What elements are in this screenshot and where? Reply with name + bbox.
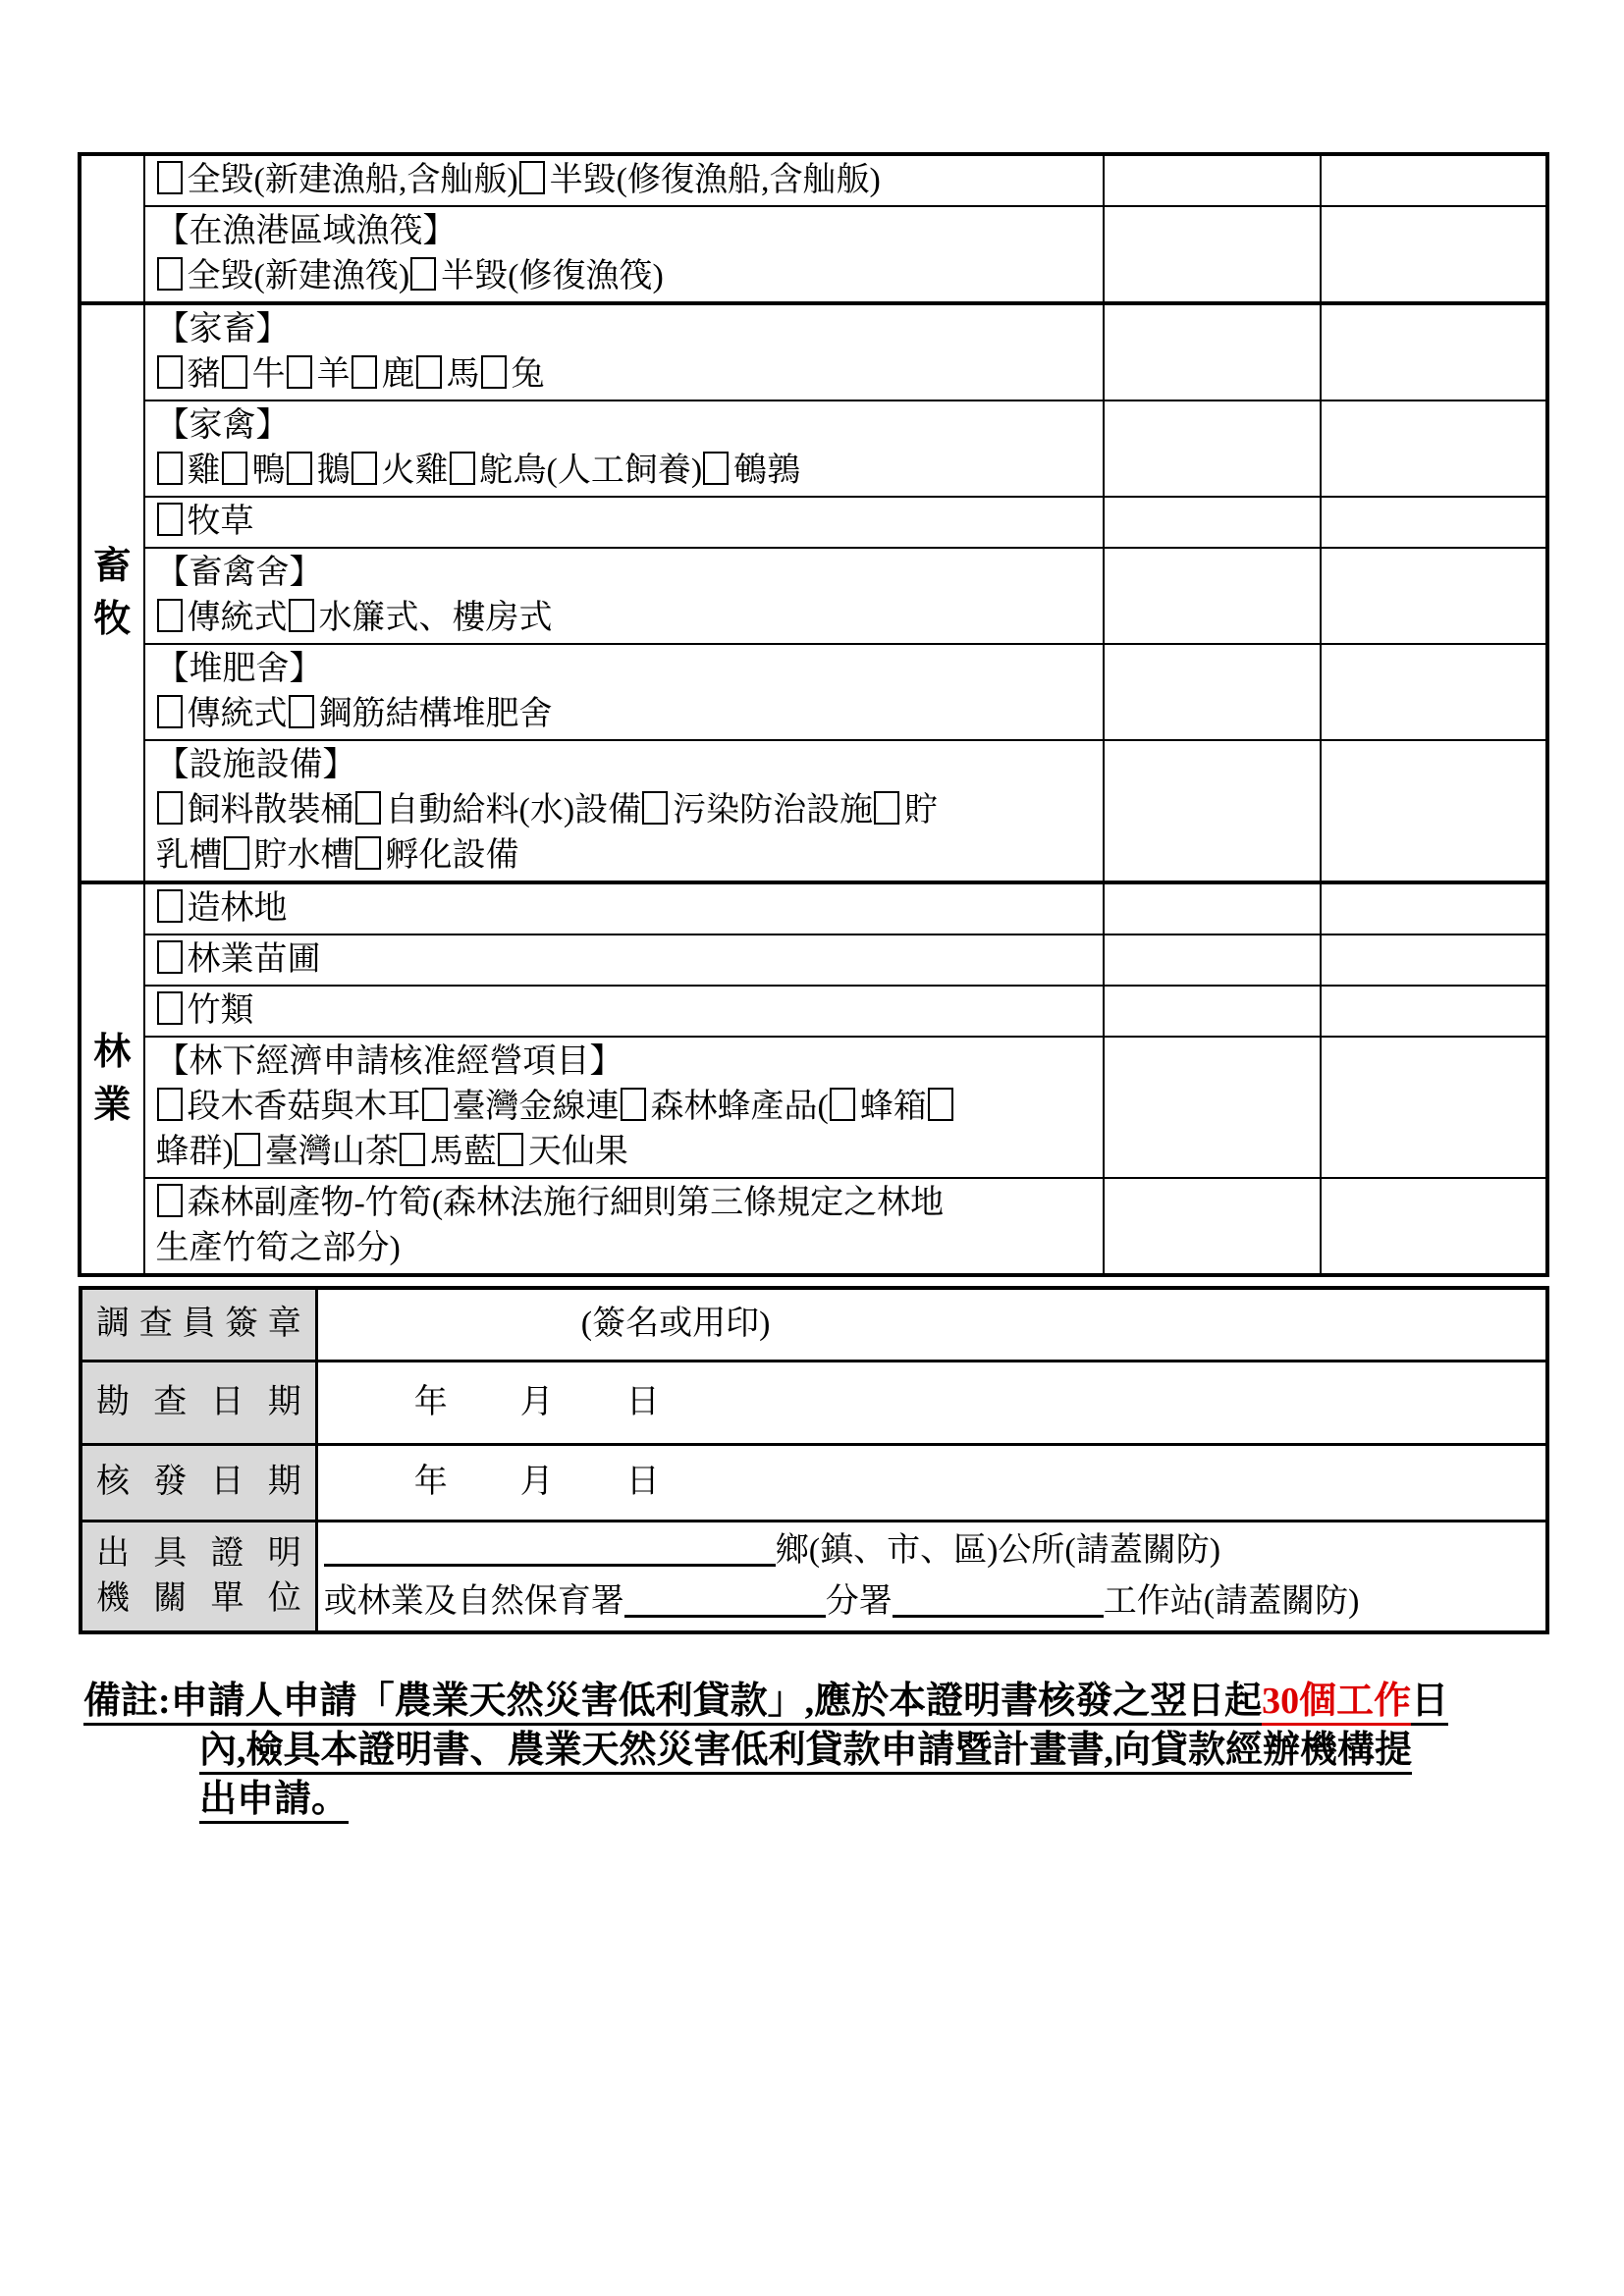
checkbox[interactable] bbox=[157, 695, 183, 728]
section-label-empty bbox=[80, 154, 144, 303]
checkbox[interactable] bbox=[157, 599, 183, 632]
damage-item-cell: 【家畜】豬牛羊鹿馬兔 bbox=[144, 303, 1105, 400]
damage-item-cell: 竹類 bbox=[144, 986, 1105, 1037]
checkbox[interactable] bbox=[422, 1088, 448, 1121]
certificate-summary-table: 調查員簽章 (簽名或用印) 勘查日期 年 月 日 核發日期 年 月 日 bbox=[79, 1286, 1549, 1634]
remark-cell[interactable] bbox=[1321, 644, 1547, 740]
remark-cell[interactable] bbox=[1321, 303, 1547, 400]
checkbox[interactable] bbox=[928, 1088, 953, 1121]
damage-item-cell: 【在漁港區域漁筏】全毀(新建漁筏)半毀(修復漁筏) bbox=[144, 206, 1105, 303]
table-row: 牧草 bbox=[80, 497, 1547, 548]
checkbox[interactable] bbox=[222, 452, 247, 485]
item-line: 傳統式水簾式、樓房式 bbox=[156, 596, 1093, 641]
table-row: 核發日期 年 月 日 bbox=[81, 1444, 1547, 1521]
table-row: 全毀(新建漁船,含舢舨)半毀(修復漁船,含舢舨) bbox=[80, 154, 1547, 206]
checkbox[interactable] bbox=[157, 1184, 183, 1217]
item-line: 造林地 bbox=[156, 886, 1093, 932]
surveyor-signature-label: 調查員簽章 bbox=[81, 1288, 316, 1361]
label-char: 具 bbox=[153, 1531, 187, 1576]
label-char: 勘 bbox=[96, 1380, 130, 1425]
label-char: 日 bbox=[211, 1460, 244, 1505]
table-row: 出具證明 機關單位 鄉(鎮、市、區)公所(請蓋關防) 或林業及自然保育署分署工作… bbox=[81, 1521, 1547, 1632]
note-text: 日 bbox=[1411, 1681, 1448, 1726]
label-char: 明 bbox=[268, 1531, 301, 1576]
checkbox[interactable] bbox=[157, 161, 183, 194]
quantity-cell[interactable] bbox=[1104, 497, 1321, 548]
item-line: 竹類 bbox=[156, 988, 1093, 1034]
item-line: 牧草 bbox=[156, 500, 1093, 545]
item-line: 雞鴨鵝火雞鴕鳥(人工飼養)鵪鶉 bbox=[156, 449, 1093, 494]
date-placeholder: 年 月 日 bbox=[324, 1377, 1540, 1428]
note-text: 出申請。 bbox=[199, 1779, 349, 1824]
table-row: 畜牧【家畜】豬牛羊鹿馬兔 bbox=[80, 303, 1547, 400]
checkbox[interactable] bbox=[355, 836, 381, 870]
remark-cell[interactable] bbox=[1321, 986, 1547, 1037]
checkbox[interactable] bbox=[874, 791, 899, 825]
issuing-agency-label: 出具證明 機關單位 bbox=[81, 1521, 316, 1632]
item-line: 【在漁港區域漁筏】 bbox=[156, 209, 1093, 254]
signature-hint: (簽名或用印) bbox=[324, 1299, 1540, 1350]
label-char: 查 bbox=[153, 1380, 187, 1425]
agency-line-forestry: 或林業及自然保育署分署工作站(請蓋關防) bbox=[324, 1576, 1540, 1628]
checkbox[interactable] bbox=[355, 791, 381, 825]
table-row: 【設施設備】飼料散裝桶自動給料(水)設備污染防治設施貯乳槽貯水槽孵化設備 bbox=[80, 740, 1547, 882]
note-line-1: 備註:申請人申請「農業天然災害低利貸款」,應於本證明書核發之翌日起30個工作日 bbox=[83, 1677, 1576, 1726]
label-char: 核 bbox=[96, 1460, 130, 1505]
checkbox[interactable] bbox=[222, 355, 247, 389]
item-line: 傳統式鋼筋結構堆肥舍 bbox=[156, 692, 1093, 737]
damage-item-cell: 牧草 bbox=[144, 497, 1105, 548]
checkbox[interactable] bbox=[642, 791, 668, 825]
surveyor-signature-cell[interactable]: (簽名或用印) bbox=[316, 1288, 1547, 1361]
item-line: 林業苗圃 bbox=[156, 937, 1093, 983]
remark-cell[interactable] bbox=[1321, 497, 1547, 548]
quantity-cell[interactable] bbox=[1104, 1178, 1321, 1275]
checkbox[interactable] bbox=[157, 940, 183, 974]
label-char: 章 bbox=[268, 1302, 301, 1347]
table-row: 【在漁港區域漁筏】全毀(新建漁筏)半毀(修復漁筏) bbox=[80, 206, 1547, 303]
checkbox[interactable] bbox=[289, 599, 314, 632]
quantity-cell[interactable] bbox=[1104, 154, 1321, 206]
checkbox[interactable] bbox=[287, 355, 312, 389]
table-row: 竹類 bbox=[80, 986, 1547, 1037]
damage-category-table-body: 全毀(新建漁船,含舢舨)半毀(修復漁船,含舢舨)【在漁港區域漁筏】全毀(新建漁筏… bbox=[80, 154, 1547, 1275]
checkbox[interactable] bbox=[157, 889, 183, 923]
label-char: 期 bbox=[268, 1460, 301, 1505]
checkbox[interactable] bbox=[621, 1088, 646, 1121]
item-line: 【設施設備】 bbox=[156, 743, 1093, 788]
label-char: 日 bbox=[211, 1380, 244, 1425]
item-line: 豬牛羊鹿馬兔 bbox=[156, 352, 1093, 398]
quantity-cell[interactable] bbox=[1104, 934, 1321, 986]
checkbox[interactable] bbox=[157, 257, 183, 291]
remark-cell[interactable] bbox=[1321, 740, 1547, 882]
note-deadline-highlight: 30個工作 bbox=[1262, 1681, 1411, 1726]
survey-date-label: 勘查日期 bbox=[81, 1361, 316, 1444]
damage-item-cell: 森林副產物-竹筍(森林法施行細則第三條規定之林地生產竹筍之部分) bbox=[144, 1178, 1105, 1275]
label-char: 證 bbox=[211, 1531, 244, 1576]
agency-line-township: 鄉(鎮、市、區)公所(請蓋關防) bbox=[324, 1525, 1540, 1576]
damage-item-cell: 全毀(新建漁船,含舢舨)半毀(修復漁船,含舢舨) bbox=[144, 154, 1105, 206]
issuing-agency-cell: 鄉(鎮、市、區)公所(請蓋關防) 或林業及自然保育署分署工作站(請蓋關防) bbox=[316, 1521, 1547, 1632]
table-row: 林業造林地 bbox=[80, 882, 1547, 934]
checkbox[interactable] bbox=[410, 257, 436, 291]
checkbox[interactable] bbox=[157, 355, 183, 389]
checkbox[interactable] bbox=[830, 1088, 855, 1121]
damage-item-cell: 【堆肥舍】傳統式鋼筋結構堆肥舍 bbox=[144, 644, 1105, 740]
remark-cell[interactable] bbox=[1321, 548, 1547, 644]
remark-cell[interactable] bbox=[1321, 882, 1547, 934]
item-line: 段木香菇與木耳臺灣金線連森林蜂產品(蜂箱 bbox=[156, 1085, 1093, 1130]
checkbox[interactable] bbox=[352, 355, 377, 389]
remark-cell[interactable] bbox=[1321, 154, 1547, 206]
quantity-cell[interactable] bbox=[1104, 882, 1321, 934]
label-char: 單 bbox=[211, 1576, 244, 1622]
checkbox[interactable] bbox=[157, 1088, 183, 1121]
section-label: 畜牧 bbox=[80, 303, 144, 882]
table-row: 【家禽】雞鴨鵝火雞鴕鳥(人工飼養)鵪鶉 bbox=[80, 400, 1547, 497]
label-char: 簽 bbox=[225, 1302, 258, 1347]
checkbox[interactable] bbox=[235, 1133, 260, 1166]
issue-date-label: 核發日期 bbox=[81, 1444, 316, 1521]
item-line: 生產竹筍之部分) bbox=[156, 1226, 1093, 1271]
table-row: 調查員簽章 (簽名或用印) bbox=[81, 1288, 1547, 1361]
table-row: 森林副產物-竹筍(森林法施行細則第三條規定之林地生產竹筍之部分) bbox=[80, 1178, 1547, 1275]
note-line-3: 出申請。 bbox=[83, 1775, 1576, 1824]
table-row: 【畜禽舍】傳統式水簾式、樓房式 bbox=[80, 548, 1547, 644]
checkbox[interactable] bbox=[400, 1133, 425, 1166]
table-row: 林業苗圃 bbox=[80, 934, 1547, 986]
damage-item-cell: 造林地 bbox=[144, 882, 1105, 934]
label-char: 關 bbox=[153, 1576, 187, 1622]
table-row: 勘查日期 年 月 日 bbox=[81, 1361, 1547, 1444]
checkbox[interactable] bbox=[224, 836, 249, 870]
note-text: 備註:申請人申請「農業天然災害低利貸款」,應於本證明書核發之翌日起 bbox=[83, 1681, 1262, 1726]
item-line: 飼料散裝桶自動給料(水)設備污染防治設施貯 bbox=[156, 788, 1093, 833]
remark-cell[interactable] bbox=[1321, 400, 1547, 497]
checkbox[interactable] bbox=[352, 452, 377, 485]
table-row: 【林下經濟申請核准經營項目】段木香菇與木耳臺灣金線連森林蜂產品(蜂箱蜂群)臺灣山… bbox=[80, 1037, 1547, 1178]
section-label: 林業 bbox=[80, 882, 144, 1275]
quantity-cell[interactable] bbox=[1104, 400, 1321, 497]
label-char: 發 bbox=[153, 1460, 187, 1505]
damage-category-table: 全毀(新建漁船,含舢舨)半毀(修復漁船,含舢舨)【在漁港區域漁筏】全毀(新建漁筏… bbox=[78, 152, 1549, 1277]
survey-date-cell[interactable]: 年 月 日 bbox=[316, 1361, 1547, 1444]
remark-cell[interactable] bbox=[1321, 206, 1547, 303]
note-text: 內,檢具本證明書、農業天然災害低利貸款申請暨計畫書,向貸款經辦機構提 bbox=[199, 1730, 1412, 1775]
checkbox[interactable] bbox=[157, 452, 183, 485]
item-line: 【家畜】 bbox=[156, 307, 1093, 352]
item-line: 全毀(新建漁船,含舢舨)半毀(修復漁船,含舢舨) bbox=[156, 158, 1093, 203]
checkbox[interactable] bbox=[157, 991, 183, 1025]
item-line: 乳槽貯水槽孵化設備 bbox=[156, 833, 1093, 879]
quantity-cell[interactable] bbox=[1104, 740, 1321, 882]
remark-cell[interactable] bbox=[1321, 1178, 1547, 1275]
item-line: 全毀(新建漁筏)半毀(修復漁筏) bbox=[156, 254, 1093, 299]
label-char: 查 bbox=[139, 1302, 173, 1347]
quantity-cell[interactable] bbox=[1104, 548, 1321, 644]
label-char: 位 bbox=[268, 1576, 301, 1622]
branch-text: 分署 bbox=[826, 1583, 893, 1620]
quantity-cell[interactable] bbox=[1104, 1037, 1321, 1178]
checkbox[interactable] bbox=[289, 695, 314, 728]
checkbox[interactable] bbox=[498, 1133, 523, 1166]
workstation-text: 工作站(請蓋關防) bbox=[1104, 1583, 1360, 1620]
checkbox[interactable] bbox=[481, 355, 507, 389]
checkbox[interactable] bbox=[703, 452, 729, 485]
label-char: 期 bbox=[268, 1380, 301, 1425]
label-char: 機 bbox=[96, 1576, 130, 1622]
item-line: 【林下經濟申請核准經營項目】 bbox=[156, 1040, 1093, 1085]
checkbox[interactable] bbox=[416, 355, 442, 389]
damage-item-cell: 【家禽】雞鴨鵝火雞鴕鳥(人工飼養)鵪鶉 bbox=[144, 400, 1105, 497]
item-line: 【畜禽舍】 bbox=[156, 551, 1093, 596]
damage-item-cell: 【畜禽舍】傳統式水簾式、樓房式 bbox=[144, 548, 1105, 644]
damage-item-cell: 【林下經濟申請核准經營項目】段木香菇與木耳臺灣金線連森林蜂產品(蜂箱蜂群)臺灣山… bbox=[144, 1037, 1105, 1178]
label-char: 員 bbox=[182, 1302, 215, 1347]
quantity-cell[interactable] bbox=[1104, 206, 1321, 303]
township-office-text: 鄉(鎮、市、區)公所(請蓋關防) bbox=[776, 1532, 1220, 1569]
checkbox[interactable] bbox=[519, 161, 545, 194]
fill-in-blank[interactable] bbox=[893, 1605, 1104, 1618]
damage-item-cell: 林業苗圃 bbox=[144, 934, 1105, 986]
remark-note: 備註:申請人申請「農業天然災害低利貸款」,應於本證明書核發之翌日起30個工作日 … bbox=[83, 1677, 1576, 1824]
item-line: 【堆肥舍】 bbox=[156, 647, 1093, 692]
date-placeholder: 年 月 日 bbox=[324, 1457, 1540, 1508]
label-char: 調 bbox=[96, 1302, 130, 1347]
fill-in-blank[interactable] bbox=[624, 1605, 826, 1618]
quantity-cell[interactable] bbox=[1104, 986, 1321, 1037]
checkbox[interactable] bbox=[157, 503, 183, 536]
table-row: 【堆肥舍】傳統式鋼筋結構堆肥舍 bbox=[80, 644, 1547, 740]
item-line: 森林副產物-竹筍(森林法施行細則第三條規定之林地 bbox=[156, 1181, 1093, 1226]
item-line: 【家禽】 bbox=[156, 403, 1093, 449]
fill-in-blank[interactable] bbox=[324, 1554, 776, 1567]
quantity-cell[interactable] bbox=[1104, 303, 1321, 400]
issue-date-cell[interactable]: 年 月 日 bbox=[316, 1444, 1547, 1521]
checkbox[interactable] bbox=[287, 452, 312, 485]
damage-item-cell: 【設施設備】飼料散裝桶自動給料(水)設備污染防治設施貯乳槽貯水槽孵化設備 bbox=[144, 740, 1105, 882]
note-line-2: 內,檢具本證明書、農業天然災害低利貸款申請暨計畫書,向貸款經辦機構提 bbox=[83, 1726, 1576, 1775]
item-line: 蜂群)臺灣山茶馬藍天仙果 bbox=[156, 1130, 1093, 1175]
label-char: 出 bbox=[96, 1531, 130, 1576]
checkbox[interactable] bbox=[157, 791, 183, 825]
remark-cell[interactable] bbox=[1321, 934, 1547, 986]
forestry-agency-text: 或林業及自然保育署 bbox=[324, 1583, 624, 1620]
quantity-cell[interactable] bbox=[1104, 644, 1321, 740]
remark-cell[interactable] bbox=[1321, 1037, 1547, 1178]
checkbox[interactable] bbox=[450, 452, 475, 485]
